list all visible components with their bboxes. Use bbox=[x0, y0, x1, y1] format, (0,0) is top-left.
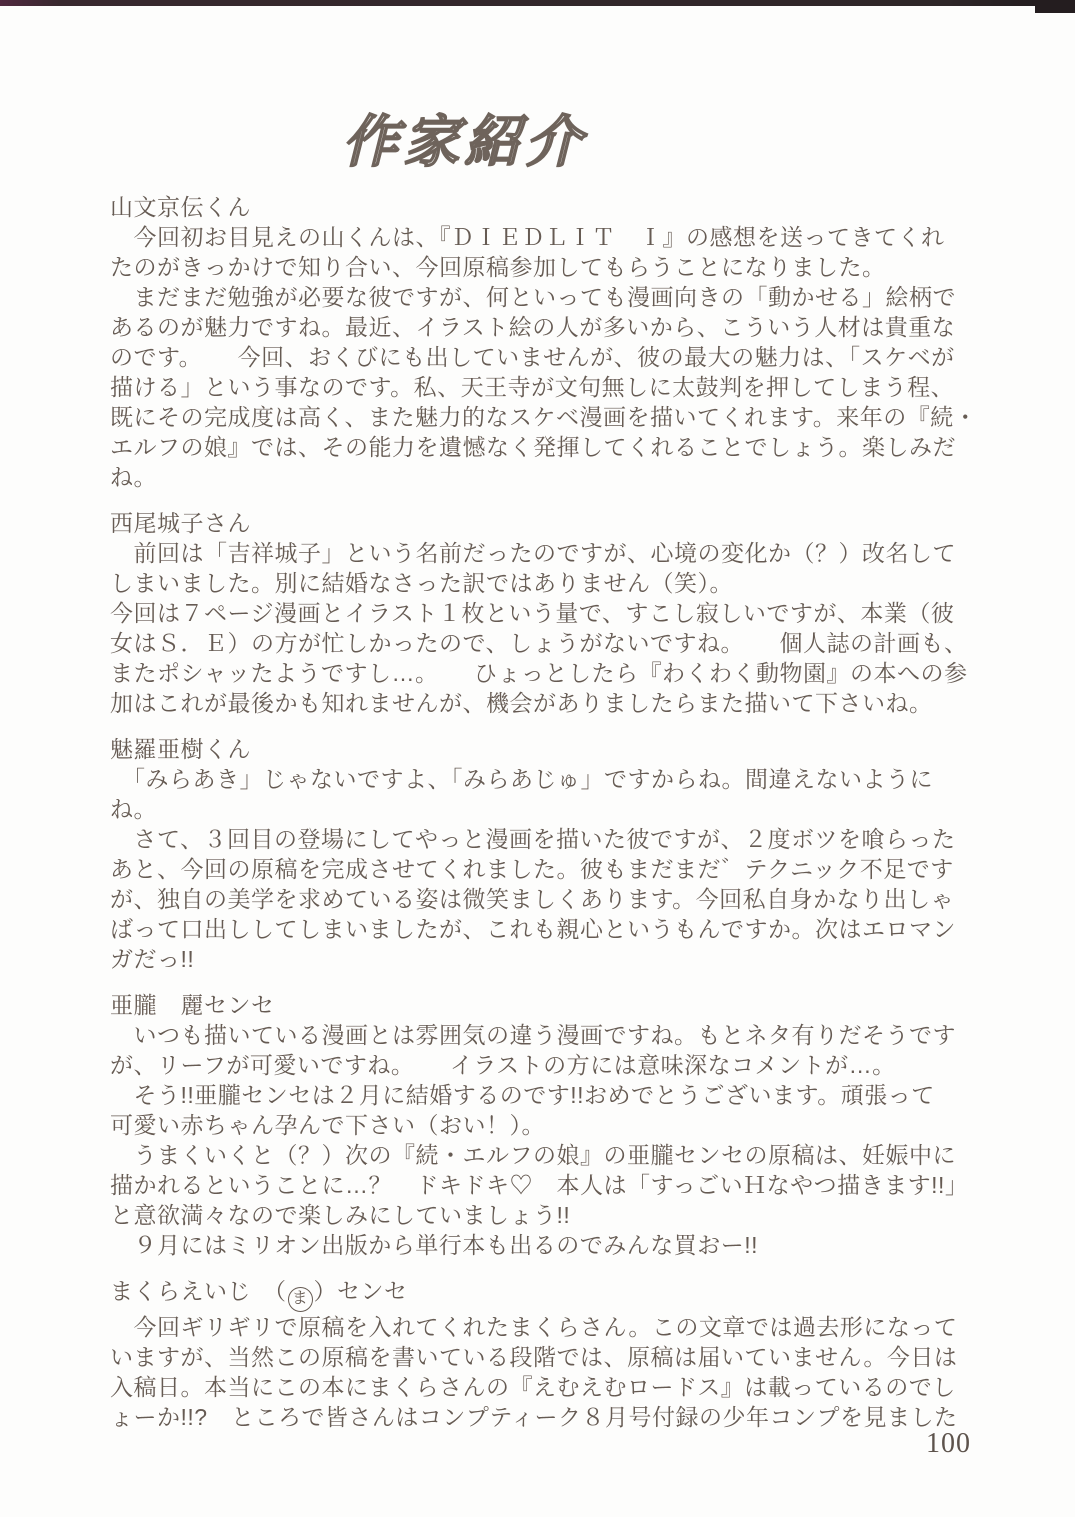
text-line: ね。 bbox=[110, 794, 1010, 824]
text-line: と意欲満々なので楽しみにしていましょう!! bbox=[110, 1200, 1010, 1230]
text-line: いますが、当然この原稿を書いている段階では、原稿は届いていません。今日は bbox=[110, 1342, 1010, 1372]
author-section: 魅羅亜樹くん 「みらあき」じゃないですよ、「みらあじゅ」ですからね。間違えないよ… bbox=[110, 734, 1010, 974]
text-line: ょーか!!? ところで皆さんはコンプティーク８月号付録の少年コンプを見ました bbox=[110, 1402, 1010, 1432]
text-line: しまいました。別に結婚なさった訳ではありません（笑）。 bbox=[110, 568, 1010, 598]
text-line: 女はＳ．Ｅ）の方が忙しかったので、しょうがないですね。 個人誌の計画も、 bbox=[110, 628, 1010, 658]
text-line: ９月にはミリオン出版から単行本も出るのでみんな買おー!! bbox=[110, 1230, 1010, 1260]
author-section: 西尾城子さん 前回は「吉祥城子」という名前だったのですが、心境の変化か（？）改名… bbox=[110, 508, 1010, 718]
scanned-document-page: 作家紹介 山文京伝くん 今回初お目見えの山くんは、『ＤＩＥＤＬＩＴ Ｉ』の感想を… bbox=[0, 0, 1075, 1517]
author-section: 亜朧 麗センセ いつも描いている漫画とは雰囲気の違う漫画ですね。もとネタ有りだそ… bbox=[110, 990, 1010, 1260]
text-line: が、独自の美学を求めている姿は微笑ましくあります。今回私自身かなり出しゃ bbox=[110, 884, 1010, 914]
section-heading: 魅羅亜樹くん bbox=[110, 734, 1010, 764]
text-line: 前回は「吉祥城子」という名前だったのですが、心境の変化か（？）改名して bbox=[110, 538, 1010, 568]
text-line: うまくいくと（？）次の『続・エルフの娘』の亜朧センセの原稿は、妊娠中に bbox=[110, 1140, 1010, 1170]
circled-character: ま bbox=[288, 1287, 313, 1312]
text-line: が、リーフが可愛いですね。 イラストの方には意味深なコメントが…。 bbox=[110, 1050, 1010, 1080]
author-section: まくらえいじ （ま）センセ 今回ギリギリで原稿を入れてくれたまくらさん。この文章… bbox=[110, 1276, 1010, 1432]
body-text: 山文京伝くん 今回初お目見えの山くんは、『ＤＩＥＤＬＩＴ Ｉ』の感想を送ってきて… bbox=[110, 192, 1010, 1432]
text-line: ガだっ!! bbox=[110, 944, 1010, 974]
text-line: あと、今回の原稿を完成させてくれました。彼もまだまだ゛テクニック不足です bbox=[110, 854, 1010, 884]
text-line: さて、３回目の登場にしてやっと漫画を描いた彼ですが、２度ボツを喰らった bbox=[110, 824, 1010, 854]
text-line: たのがきっかけで知り合い、今回原稿参加してもらうことになりました。 bbox=[110, 252, 1010, 282]
text-line: のです。 今回、おくびにも出していませんが、彼の最大の魅力は、「スケベが bbox=[110, 342, 1010, 372]
text-line: 今回ギリギリで原稿を入れてくれたまくらさん。この文章では過去形になって bbox=[110, 1312, 1010, 1342]
page-title: 作家紹介 bbox=[338, 98, 602, 178]
section-heading: まくらえいじ （ま）センセ bbox=[110, 1276, 1010, 1312]
page-number: 100 bbox=[926, 1428, 971, 1460]
text-line: 描ける」という事なのです。私、天王寺が文句無しに太鼓判を押してしまう程、 bbox=[110, 372, 1010, 402]
text-line: エルフの娘』では、その能力を遺憾なく発揮してくれることでしょう。楽しみだ bbox=[110, 432, 1010, 462]
text-line: 今回は７ページ漫画とイラスト１枚という量で、すこし寂しいですが、本業（彼 bbox=[110, 598, 1010, 628]
author-section: 山文京伝くん 今回初お目見えの山くんは、『ＤＩＥＤＬＩＴ Ｉ』の感想を送ってきて… bbox=[110, 192, 1010, 492]
section-heading: 亜朧 麗センセ bbox=[110, 990, 1010, 1020]
text-line: ね。 bbox=[110, 462, 1010, 492]
text-line: 既にその完成度は高く、また魅力的なスケベ漫画を描いてくれます。来年の『続・ bbox=[110, 402, 1010, 432]
text-line: まだまだ勉強が必要な彼ですが、何といっても漫画向きの「動かせる」絵柄で bbox=[110, 282, 1010, 312]
title-block: 作家紹介 bbox=[348, 98, 592, 178]
text-line: 可愛い赤ちゃん孕んで下さい（おい！）。 bbox=[110, 1110, 1010, 1140]
text-line: 加はこれが最後かも知れませんが、機会がありましたらまた描いて下さいね。 bbox=[110, 688, 1010, 718]
text-line: またポシャッたようですし…。 ひょっとしたら『わくわく動物園』の本への参 bbox=[110, 658, 1010, 688]
text-line: 「みらあき」じゃないですよ、「みらあじゅ」ですからね。間違えないように bbox=[110, 764, 1010, 794]
text-line: 入稿日。本当にこの本にまくらさんの『えむえむロードス』は載っているのでし bbox=[110, 1372, 1010, 1402]
text-line: いつも描いている漫画とは雰囲気の違う漫画ですね。もとネタ有りだそうです bbox=[110, 1020, 1010, 1050]
text-line: 描かれるということに…？ ドキドキ♡ 本人は「すっごいＨなやつ描きます!!」 bbox=[110, 1170, 1010, 1200]
text-line: あるのが魅力ですね。最近、イラスト絵の人が多いから、こういう人材は貴重な bbox=[110, 312, 1010, 342]
text-line: 今回初お目見えの山くんは、『ＤＩＥＤＬＩＴ Ｉ』の感想を送ってきてくれ bbox=[110, 222, 1010, 252]
scan-edge-top bbox=[0, 0, 1075, 6]
text-line: ばって口出ししてしまいましたが、これも親心というもんですか。次はエロマン bbox=[110, 914, 1010, 944]
section-heading: 西尾城子さん bbox=[110, 508, 1010, 538]
section-heading: 山文京伝くん bbox=[110, 192, 1010, 222]
scan-edge-corner bbox=[1035, 0, 1075, 13]
text-line: そう!!亜朧センセは２月に結婚するのです!!おめでとうございます。頑張って bbox=[110, 1080, 1010, 1110]
